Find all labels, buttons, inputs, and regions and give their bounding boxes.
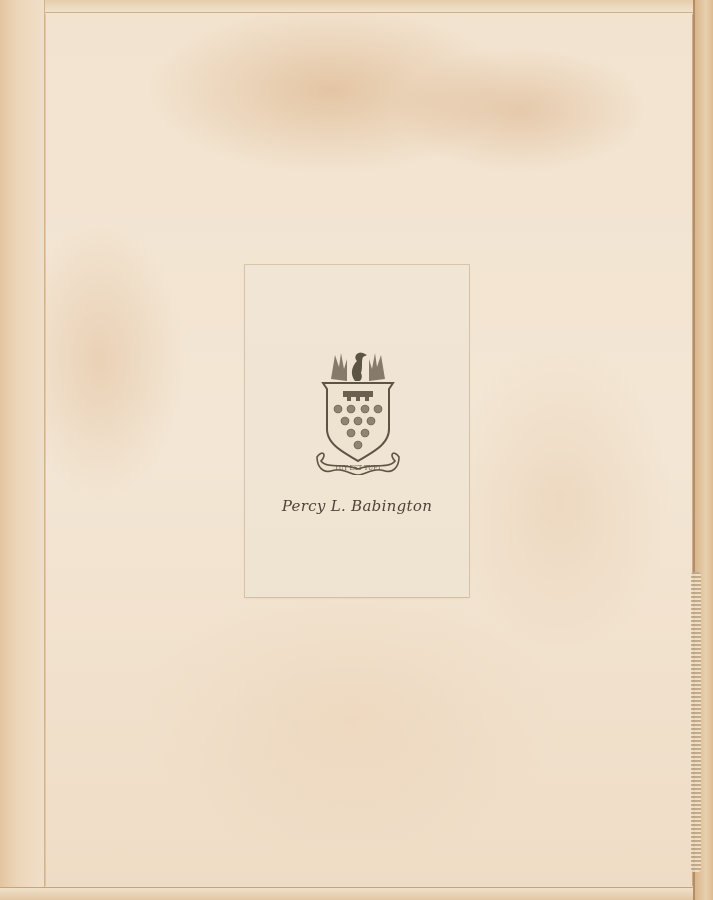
bookplate: TUY EST TUFT Percy L. Babington — [245, 265, 469, 597]
motto-text: TUY EST TUFT — [335, 465, 382, 472]
left-turn-in — [0, 0, 45, 900]
coat-of-arms-icon: TUY EST TUFT — [313, 345, 403, 475]
bottom-turn-in — [0, 887, 713, 900]
torn-hinge-cloth — [691, 572, 701, 872]
owner-name: Percy L. Babington — [245, 497, 469, 515]
top-turn-in — [0, 0, 713, 13]
